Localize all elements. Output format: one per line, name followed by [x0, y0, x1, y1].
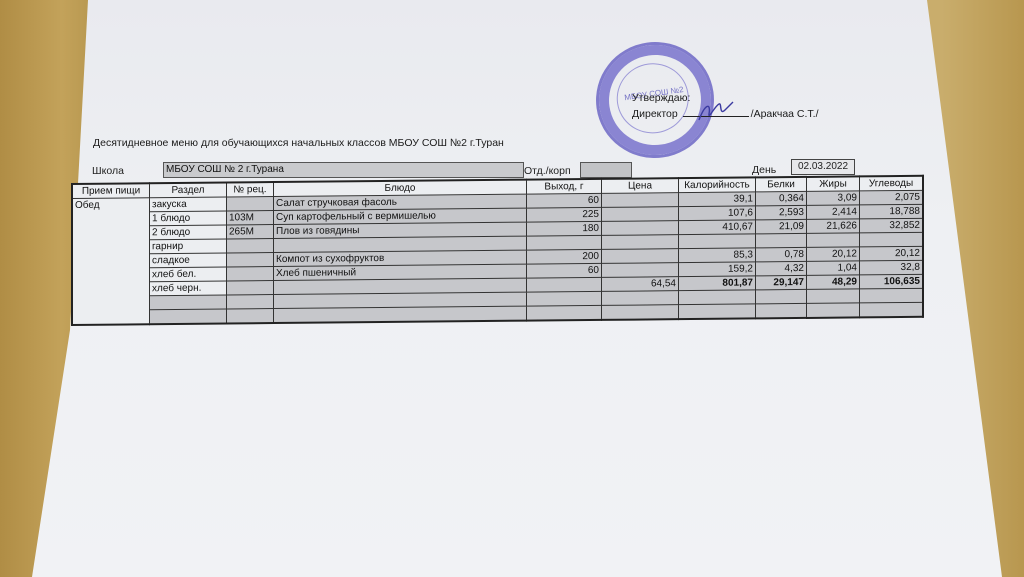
carbs-cell: 32,8 [860, 260, 924, 275]
calories-cell: 410,67 [679, 220, 756, 235]
header-recipe: № рец. [227, 182, 274, 197]
header-protein: Белки [756, 177, 807, 192]
director-name: /Аракчаа С.Т./ [751, 108, 819, 120]
fat-cell: 3,09 [807, 191, 860, 206]
signature-icon [695, 98, 735, 124]
header-fat: Жиры [807, 176, 860, 191]
section-cell: хлеб черн. [150, 281, 227, 296]
carbs-cell [860, 232, 924, 247]
recipe-cell [227, 267, 274, 281]
carbs-cell: 106,635 [860, 274, 924, 289]
price-cell [602, 235, 679, 250]
recipe-cell: 265М [227, 225, 274, 239]
carbs-cell: 2,075 [860, 190, 924, 205]
calories-cell: 85,3 [679, 248, 756, 263]
menu-table: Прием пищи Раздел № рец. Блюдо Выход, г … [71, 175, 924, 326]
fat-cell [807, 303, 860, 318]
school-field: МБОУ СОШ № 2 г.Турана [163, 162, 524, 178]
calories-cell [679, 290, 756, 305]
output-cell: 200 [527, 249, 602, 264]
output-cell: 225 [527, 207, 602, 222]
output-cell [527, 235, 602, 250]
recipe-cell [227, 281, 274, 295]
output-cell [527, 291, 602, 306]
recipe-cell [227, 295, 274, 309]
carbs-cell: 18,788 [860, 204, 924, 219]
price-cell [602, 193, 679, 208]
price-cell [602, 305, 679, 320]
school-label: Школа [92, 165, 124, 177]
carbs-cell: 32,852 [860, 218, 924, 233]
fat-cell: 1,04 [807, 261, 860, 276]
calories-cell: 107,6 [679, 206, 756, 221]
section-cell: сладкое [150, 253, 227, 268]
section-cell: закуска [150, 197, 227, 212]
output-cell [527, 277, 602, 292]
calories-cell: 39,1 [679, 192, 756, 207]
header-section: Раздел [150, 183, 227, 198]
approve-label: Утверждаю: [632, 92, 690, 104]
output-cell: 180 [527, 221, 602, 236]
output-cell: 60 [527, 193, 602, 208]
protein-cell: 2,593 [756, 205, 807, 219]
protein-cell: 0,78 [756, 247, 807, 261]
header-price: Цена [602, 178, 679, 193]
day-field: 02.03.2022 [791, 159, 855, 175]
dish-cell [274, 306, 527, 323]
price-cell [602, 263, 679, 278]
section-cell: гарнир [150, 239, 227, 254]
header-output: Выход, г [527, 179, 602, 194]
calories-cell: 159,2 [679, 262, 756, 277]
price-cell [602, 221, 679, 236]
section-cell: 1 блюдо [150, 211, 227, 226]
section-cell: хлеб бел. [150, 267, 227, 282]
protein-cell [756, 303, 807, 318]
recipe-cell [227, 239, 274, 253]
department-field [580, 162, 632, 178]
fat-cell: 20,12 [807, 247, 860, 262]
price-cell: 64,54 [602, 277, 679, 292]
carbs-cell [860, 302, 924, 317]
protein-cell: 29,147 [756, 275, 807, 289]
section-cell: 2 блюдо [150, 225, 227, 240]
director-label: Директор [632, 108, 678, 120]
document-title: Десятидневное меню для обучающихся начал… [93, 137, 504, 149]
calories-cell [679, 234, 756, 249]
carbs-cell [860, 288, 924, 303]
protein-cell: 0,364 [756, 191, 807, 205]
protein-cell [756, 289, 807, 303]
recipe-cell [227, 309, 274, 324]
calories-cell: 801,87 [679, 276, 756, 291]
price-cell [602, 207, 679, 222]
day-label: День [752, 164, 776, 176]
price-cell [602, 291, 679, 306]
output-cell: 60 [527, 263, 602, 278]
header-meal: Прием пищи [72, 183, 150, 198]
fat-cell: 2,414 [807, 205, 860, 220]
recipe-cell [227, 253, 274, 267]
calories-cell [679, 304, 756, 319]
header-calories: Калорийность [679, 177, 756, 192]
output-cell [527, 305, 602, 320]
section-cell [150, 295, 227, 310]
recipe-cell: 103М [227, 211, 274, 225]
section-cell [150, 309, 227, 324]
protein-cell [756, 233, 807, 247]
protein-cell: 4,32 [756, 261, 807, 275]
fat-cell: 21,626 [807, 219, 860, 234]
price-cell [602, 249, 679, 264]
recipe-cell [227, 197, 274, 211]
carbs-cell: 20,12 [860, 246, 924, 261]
fat-cell: 48,29 [807, 275, 860, 290]
department-label: Отд./корп [524, 165, 571, 177]
header-carbs: Углеводы [860, 176, 924, 191]
protein-cell: 21,09 [756, 219, 807, 233]
fat-cell [807, 233, 860, 248]
meal-cell: Обед [72, 198, 150, 325]
fat-cell [807, 289, 860, 304]
